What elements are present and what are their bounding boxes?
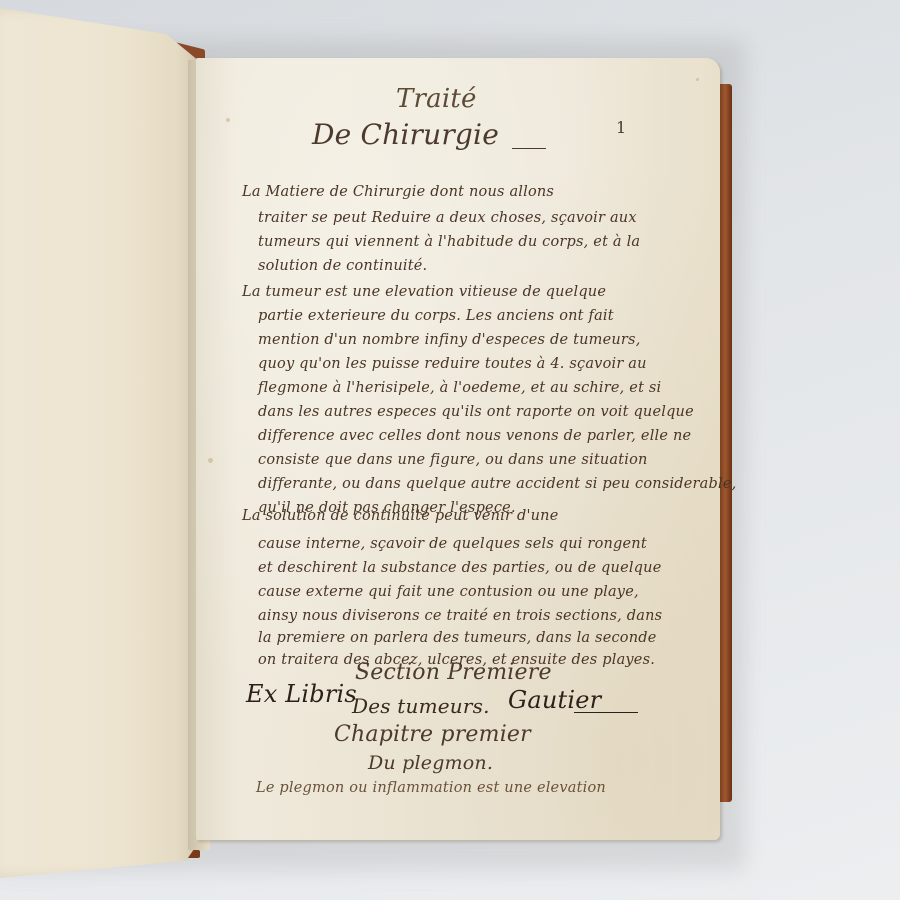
paragraph-1-line-2: traiter se peut Reduire a deux choses, s… <box>258 210 637 226</box>
paragraph-2-line-5: flegmone à l'herisipele, à l'oedeme, et … <box>258 380 661 396</box>
paragraph-2-line-1: La tumeur est une elevation vitieuse de … <box>242 284 606 300</box>
left-blank-page <box>0 8 198 878</box>
paragraph-2-line-9: differante, ou dans quelque autre accide… <box>258 476 736 492</box>
final-text-line: Le plegmon ou inflammation est une eleva… <box>256 780 606 796</box>
paragraph-3-line-4: cause externe qui fait une contusion ou … <box>258 584 639 600</box>
paragraph-3-line-6: la premiere on parlera des tumeurs, dans… <box>258 630 657 646</box>
ex-libris-inscription: Ex Libris <box>246 680 357 708</box>
paragraph-2-line-4: quoy qu'on les puisse reduire toutes à 4… <box>258 356 647 372</box>
title-flourish <box>512 148 546 149</box>
leather-cover-right-edge <box>718 84 732 802</box>
paragraph-2-line-8: consiste que dans une figure, ou dans un… <box>258 452 648 468</box>
paragraph-2-line-6: dans les autres especes qu'ils ont rapor… <box>258 404 694 420</box>
chapter-subheading: Du plegmon. <box>368 752 493 774</box>
page-number: 1 <box>616 118 626 137</box>
paragraph-1-line-4: solution de continuité. <box>258 258 427 274</box>
paragraph-3-line-3: et deschirent la substance des parties, … <box>258 560 662 576</box>
paragraph-2-line-7: difference avec celles dont nous venons … <box>258 428 691 444</box>
chapter-heading: Chapitre premier <box>334 722 531 747</box>
foxing-spot <box>696 78 699 81</box>
photo-scene: Traité De Chirurgie 1 La Matiere de Chir… <box>0 0 900 900</box>
paragraph-2-line-3: mention d'un nombre infiny d'especes de … <box>258 332 641 348</box>
section-subheading: Des tumeurs. <box>352 694 490 718</box>
paragraph-3-line-2: cause interne, sçavoir de quelques sels … <box>258 536 647 552</box>
signature-flourish <box>574 712 638 713</box>
title-traite: Traité <box>396 84 477 114</box>
foxing-spot <box>208 458 213 463</box>
paragraph-2-line-2: partie exterieure du corps. Les anciens … <box>258 308 614 324</box>
title-de-chirurgie: De Chirurgie <box>312 118 499 151</box>
paragraph-1-line-1: La Matiere de Chirurgie dont nous allons <box>242 184 554 200</box>
owner-signature: Gautier <box>508 686 601 714</box>
paragraph-3-line-1: La solution de continuité peut venir d'u… <box>242 508 558 524</box>
foxing-spot <box>226 118 230 122</box>
paragraph-3-line-5: ainsy nous diviserons ce traité en trois… <box>258 608 662 624</box>
paragraph-1-line-3: tumeurs qui viennent à l'habitude du cor… <box>258 234 640 250</box>
section-heading: Section Premiere <box>355 660 552 685</box>
